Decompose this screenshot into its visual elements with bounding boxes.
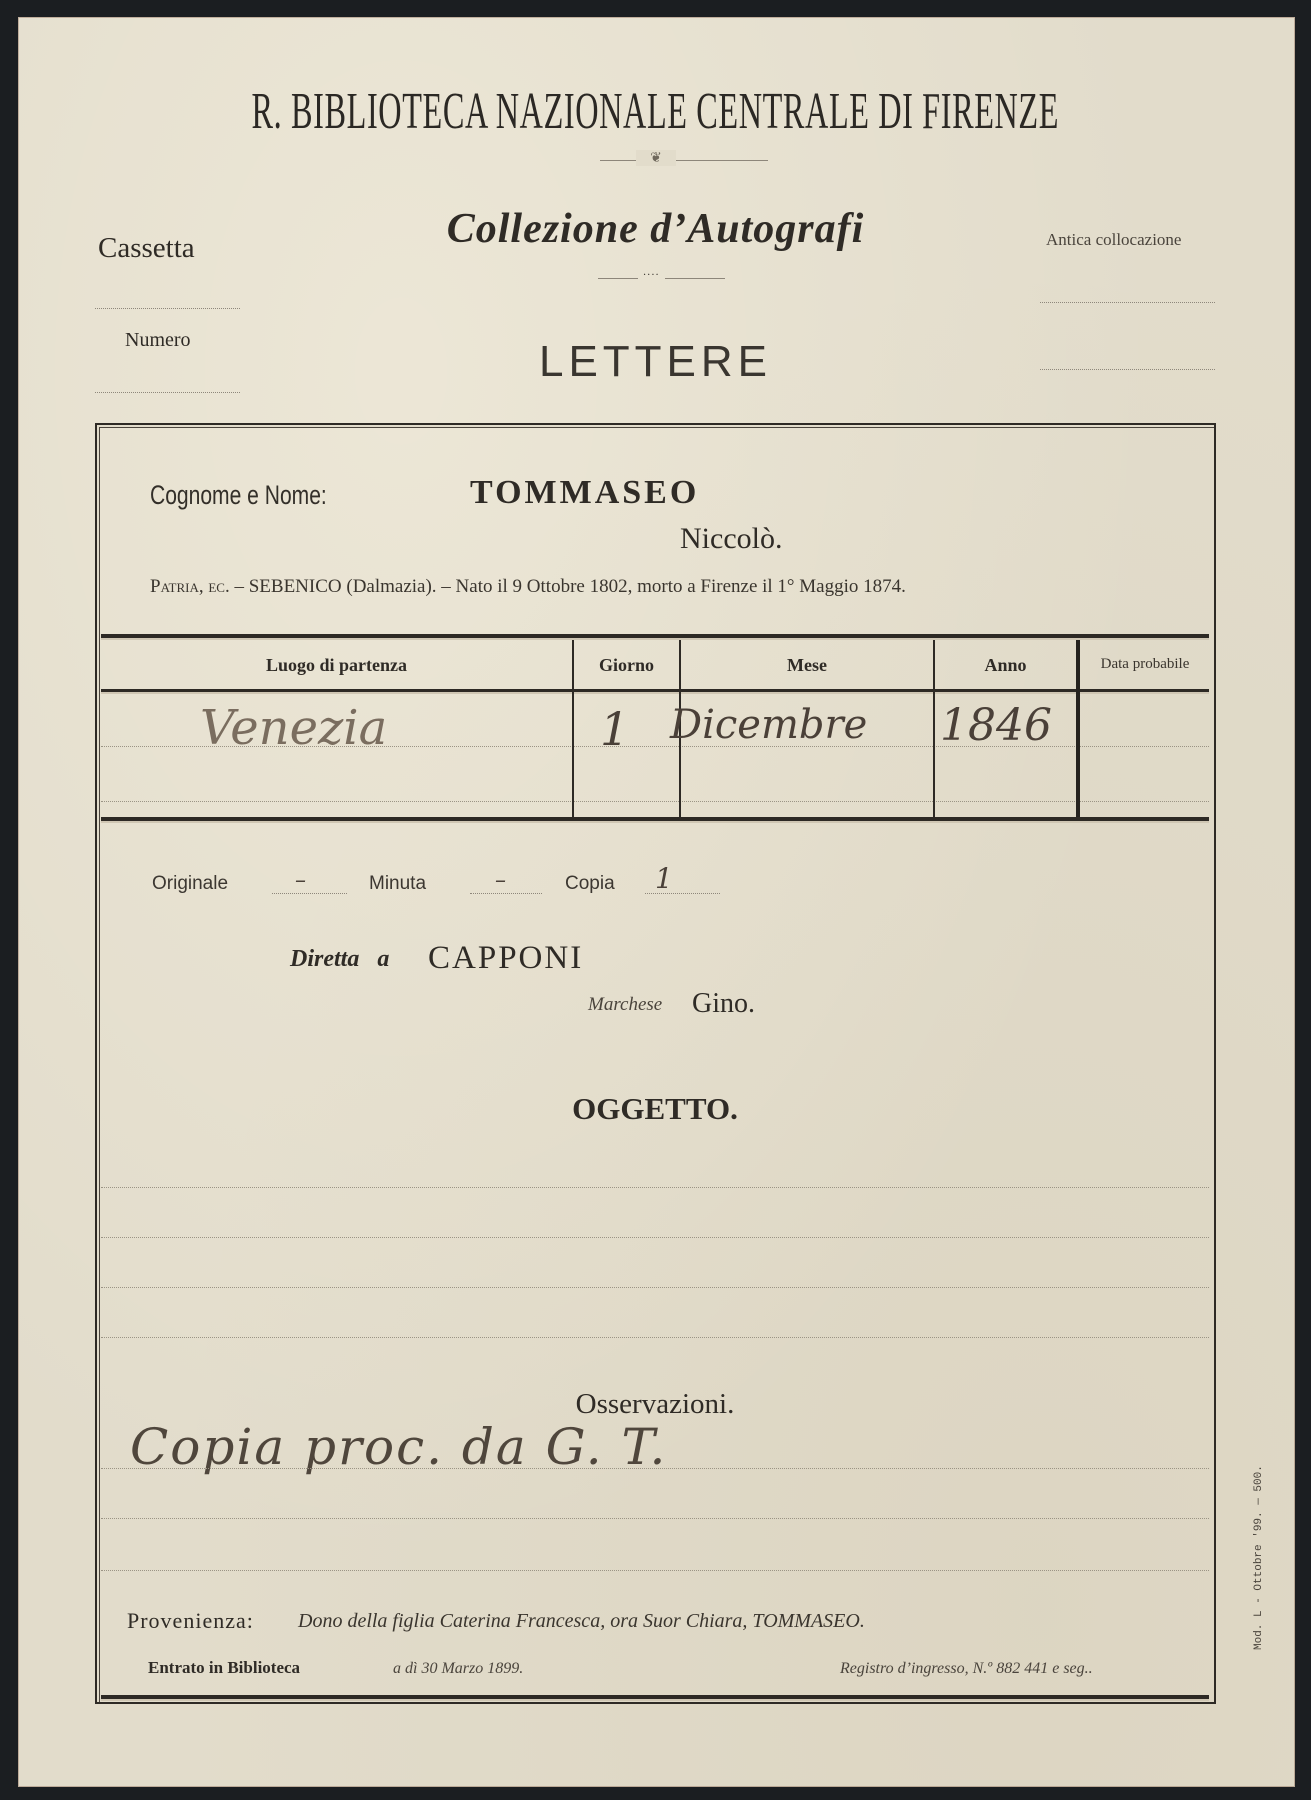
table-bottom-rule — [101, 817, 1209, 821]
minuta-field[interactable] — [470, 893, 542, 894]
cassetta-field[interactable] — [95, 308, 240, 309]
osservazioni-line-3[interactable] — [101, 1570, 1209, 1572]
subtitle-rule-left — [598, 278, 638, 279]
category-title: LETTERE — [0, 337, 1311, 387]
cell-mese[interactable]: Dicembre — [670, 702, 867, 748]
ornament-icon: ❦ — [636, 150, 676, 166]
recipient-first-name: Gino. — [692, 988, 755, 1020]
table-header-rule — [101, 689, 1209, 692]
cell-giorno[interactable]: 1 — [600, 702, 629, 756]
table-top-rule — [101, 634, 1209, 638]
osservazioni-line-1[interactable] — [101, 1468, 1209, 1470]
author-surname: TOMMASEO — [470, 474, 699, 512]
minuta-value: – — [495, 868, 506, 893]
oggetto-line-3[interactable] — [101, 1287, 1209, 1289]
provenienza-label: Provenienza: — [127, 1608, 254, 1634]
entrata-label: Entrato in Biblioteca — [148, 1658, 300, 1678]
title-ornament-rule — [600, 160, 768, 161]
cell-luogo[interactable]: Venezia — [200, 700, 387, 756]
table-row-guide-2 — [101, 801, 1209, 803]
patria-text: – SEBENICO (Dalmazia). – Nato il 9 Ottob… — [234, 576, 905, 597]
originale-field[interactable] — [272, 893, 347, 894]
recipient-surname: CAPPONI — [428, 940, 583, 977]
copia-value: 1 — [655, 862, 673, 895]
author-first-name: Niccolò. — [680, 522, 782, 556]
col-header-data-probabile: Data probabile — [1080, 656, 1210, 673]
cell-data-probabile[interactable] — [1082, 695, 1208, 815]
subtitle-rule-right — [665, 278, 725, 279]
originale-label: Originale — [152, 873, 228, 895]
oggetto-line-2[interactable] — [101, 1237, 1209, 1239]
antica-collocazione-label: Antica collocazione — [1046, 230, 1181, 250]
col-header-mese: Mese — [681, 655, 933, 676]
oggetto-line-1[interactable] — [101, 1187, 1209, 1189]
oggetto-line-4[interactable] — [101, 1337, 1209, 1339]
record-frame — [95, 423, 1216, 1704]
name-label: Cognome e Nome: — [150, 480, 327, 511]
registro-ingresso: Registro d’ingresso, N.º 882 441 e seg.. — [840, 1660, 1093, 1678]
numero-field[interactable] — [95, 392, 240, 393]
recipient-title: Marchese — [588, 994, 662, 1016]
originale-value: – — [295, 868, 306, 893]
diretta-label: Diretta a — [290, 946, 389, 973]
subtitle-dots: ···· — [643, 270, 660, 281]
col-header-giorno: Giorno — [574, 655, 679, 676]
minuta-label: Minuta — [369, 873, 426, 895]
form-code: Mod. L - Ottobre '99. — 500. — [1253, 1465, 1265, 1650]
patria-line: Patria, ec. – SEBENICO (Dalmazia). – Nat… — [150, 576, 906, 598]
col-header-anno: Anno — [935, 655, 1076, 676]
diretta-word: Diretta — [290, 946, 359, 972]
osservazioni-title: Osservazioni. — [101, 1388, 1209, 1421]
osservazioni-line-2[interactable] — [101, 1518, 1209, 1520]
frame-bottom-rule — [101, 1695, 1209, 1699]
antica-collocazione-field-2[interactable] — [1040, 369, 1215, 370]
patria-label: Patria, ec. — [150, 576, 230, 597]
oggetto-title: OGGETTO. — [101, 1091, 1209, 1127]
a-word: a — [377, 946, 389, 972]
numero-label: Numero — [125, 329, 191, 352]
cassetta-label: Cassetta — [98, 232, 195, 265]
copia-label: Copia — [565, 873, 615, 895]
antica-collocazione-field-1[interactable] — [1040, 302, 1215, 303]
institution-title: R. BIBLIOTECA NAZIONALE CENTRALE DI FIRE… — [249, 82, 1062, 141]
cell-anno[interactable]: 1846 — [940, 700, 1052, 751]
entrata-date: a dì 30 Marzo 1899. — [393, 1660, 523, 1678]
provenienza-text: Dono della figlia Caterina Francesca, or… — [298, 1610, 865, 1633]
col-header-luogo: Luogo di partenza — [101, 655, 572, 676]
